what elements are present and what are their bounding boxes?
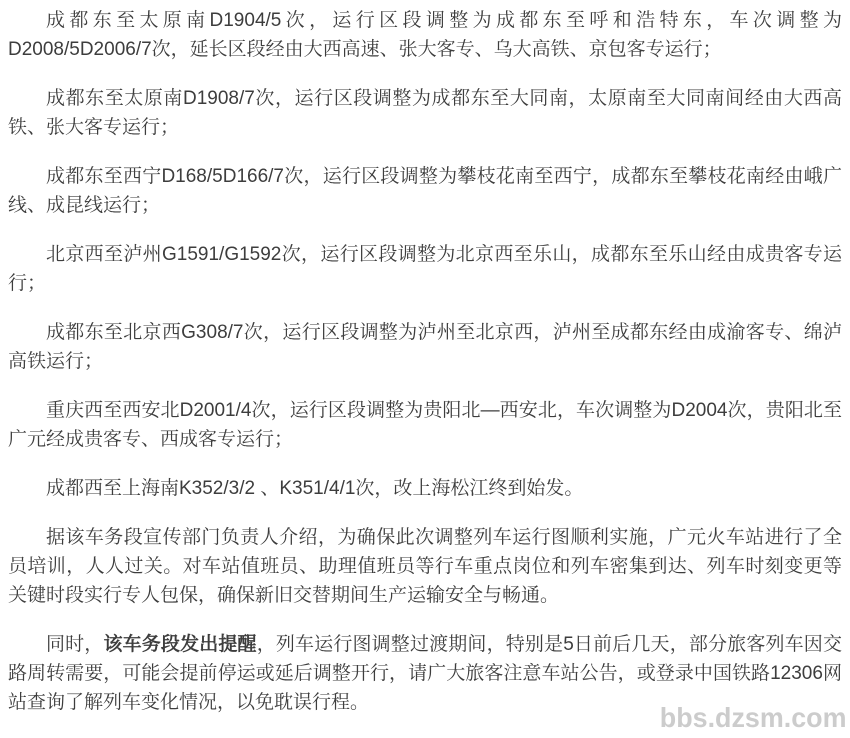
paragraph: 成都东至西宁D168/5D166/7次，运行区段调整为攀枝花南至西宁，成都东至攀…	[8, 162, 842, 220]
text-segment: 同时，	[46, 634, 103, 655]
text-segment: 成都东至太原南D1908/7次，运行区段调整为成都东至大同南，太原南至大同南间经…	[8, 88, 842, 138]
text-segment: 据该车务段宣传部门负责人介绍，为确保此次调整列车运行图顺利实施，广元火车站进行了…	[8, 527, 842, 606]
paragraph: 据该车务段宣传部门负责人介绍，为确保此次调整列车运行图顺利实施，广元火车站进行了…	[8, 523, 842, 610]
article-page: 成都东至太原南D1904/5次，运行区段调整为成都东至呼和浩特东，车次调整为D2…	[0, 0, 850, 717]
paragraph: 成都西至上海南K352/3/2 、K351/4/1次，改上海松江终到始发。	[8, 474, 842, 503]
paragraph: 成都东至太原南D1908/7次，运行区段调整为成都东至大同南，太原南至大同南间经…	[8, 84, 842, 142]
article-body: 成都东至太原南D1904/5次，运行区段调整为成都东至呼和浩特东，车次调整为D2…	[0, 0, 850, 717]
text-segment: 重庆西至西安北D2001/4次，运行区段调整为贵阳北—西安北，车次调整为D200…	[8, 400, 842, 450]
text-segment: 北京西至泸州G1591/G1592次，运行区段调整为北京西至乐山，成都东至乐山经…	[8, 244, 842, 294]
paragraph: 重庆西至西安北D2001/4次，运行区段调整为贵阳北—西安北，车次调整为D200…	[8, 396, 842, 454]
text-segment: 成都东至太原南D1904/5次，运行区段调整为成都东至呼和浩特东，车次调整为D2…	[8, 10, 842, 60]
text-segment: 成都西至上海南K352/3/2 、K351/4/1次，改上海松江终到始发。	[46, 478, 583, 499]
paragraph: 成都东至北京西G308/7次，运行区段调整为泸州至北京西，泸州至成都东经由成渝客…	[8, 318, 842, 376]
text-segment: 成都东至西宁D168/5D166/7次，运行区段调整为攀枝花南至西宁，成都东至攀…	[8, 166, 842, 216]
paragraph: 北京西至泸州G1591/G1592次，运行区段调整为北京西至乐山，成都东至乐山经…	[8, 240, 842, 298]
watermark: bbs.dzsm.com	[659, 702, 846, 734]
text-segment: 成都东至北京西G308/7次，运行区段调整为泸州至北京西，泸州至成都东经由成渝客…	[8, 322, 842, 372]
paragraph: 成都东至太原南D1904/5次，运行区段调整为成都东至呼和浩特东，车次调整为D2…	[8, 6, 842, 64]
bold-text-segment: 该车务段发出提醒	[103, 634, 256, 655]
